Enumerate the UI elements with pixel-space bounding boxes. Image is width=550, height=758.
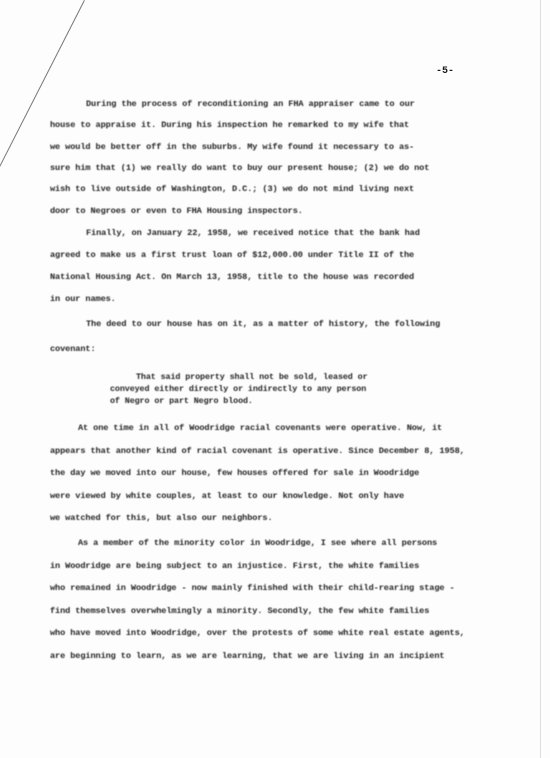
text-line: who have moved into Woodridge, over the …	[50, 628, 465, 638]
document-page: -5- During the process of reconditioning…	[0, 0, 550, 758]
page-number: -5-	[436, 66, 454, 77]
text-line: As a member of the minority color in Woo…	[78, 538, 437, 548]
text-line: agreed to make us a first trust loan of …	[50, 250, 414, 260]
quote-line: of Negro or part Negro blood.	[110, 396, 253, 406]
text-line: who remained in Woodridge - now mainly f…	[50, 583, 455, 593]
text-line: were viewed by white couples, at least t…	[50, 491, 404, 501]
text-line: appears that another kind of racial cove…	[50, 446, 465, 456]
text-line: At one time in all of Woodridge racial c…	[78, 423, 442, 433]
text-line: house to appraise it. During his inspect…	[50, 120, 409, 130]
text-line: in Woodridge are being subject to an inj…	[50, 561, 419, 571]
text-line: sure him that (1) we really do want to b…	[50, 163, 429, 173]
page-edge-right	[540, 0, 541, 758]
text-line: are beginning to learn, as we are learni…	[50, 651, 444, 661]
text-line: Finally, on January 22, 1958, we receive…	[86, 228, 420, 238]
text-line: we would be better off in the suburbs. M…	[50, 142, 414, 152]
text-line: National Housing Act. On March 13, 1958,…	[50, 272, 414, 282]
quote-line: That said property shall not be sold, le…	[136, 372, 368, 382]
text-line: door to Negroes or even to FHA Housing i…	[50, 206, 303, 216]
text-line: in our names.	[50, 294, 116, 304]
text-line: wish to live outside of Washington, D.C.…	[50, 184, 414, 194]
text-line: we watched for this, but also our neighb…	[50, 513, 273, 523]
text-line: find themselves overwhelmingly a minorit…	[50, 606, 429, 616]
text-line: covenant:	[50, 344, 96, 354]
text-line: During the process of reconditioning an …	[86, 99, 415, 109]
quote-line: conveyed either directly or indirectly t…	[110, 384, 366, 394]
text-line: The deed to our house has on it, as a ma…	[86, 319, 440, 329]
text-line: the day we moved into our house, few hou…	[50, 468, 419, 478]
